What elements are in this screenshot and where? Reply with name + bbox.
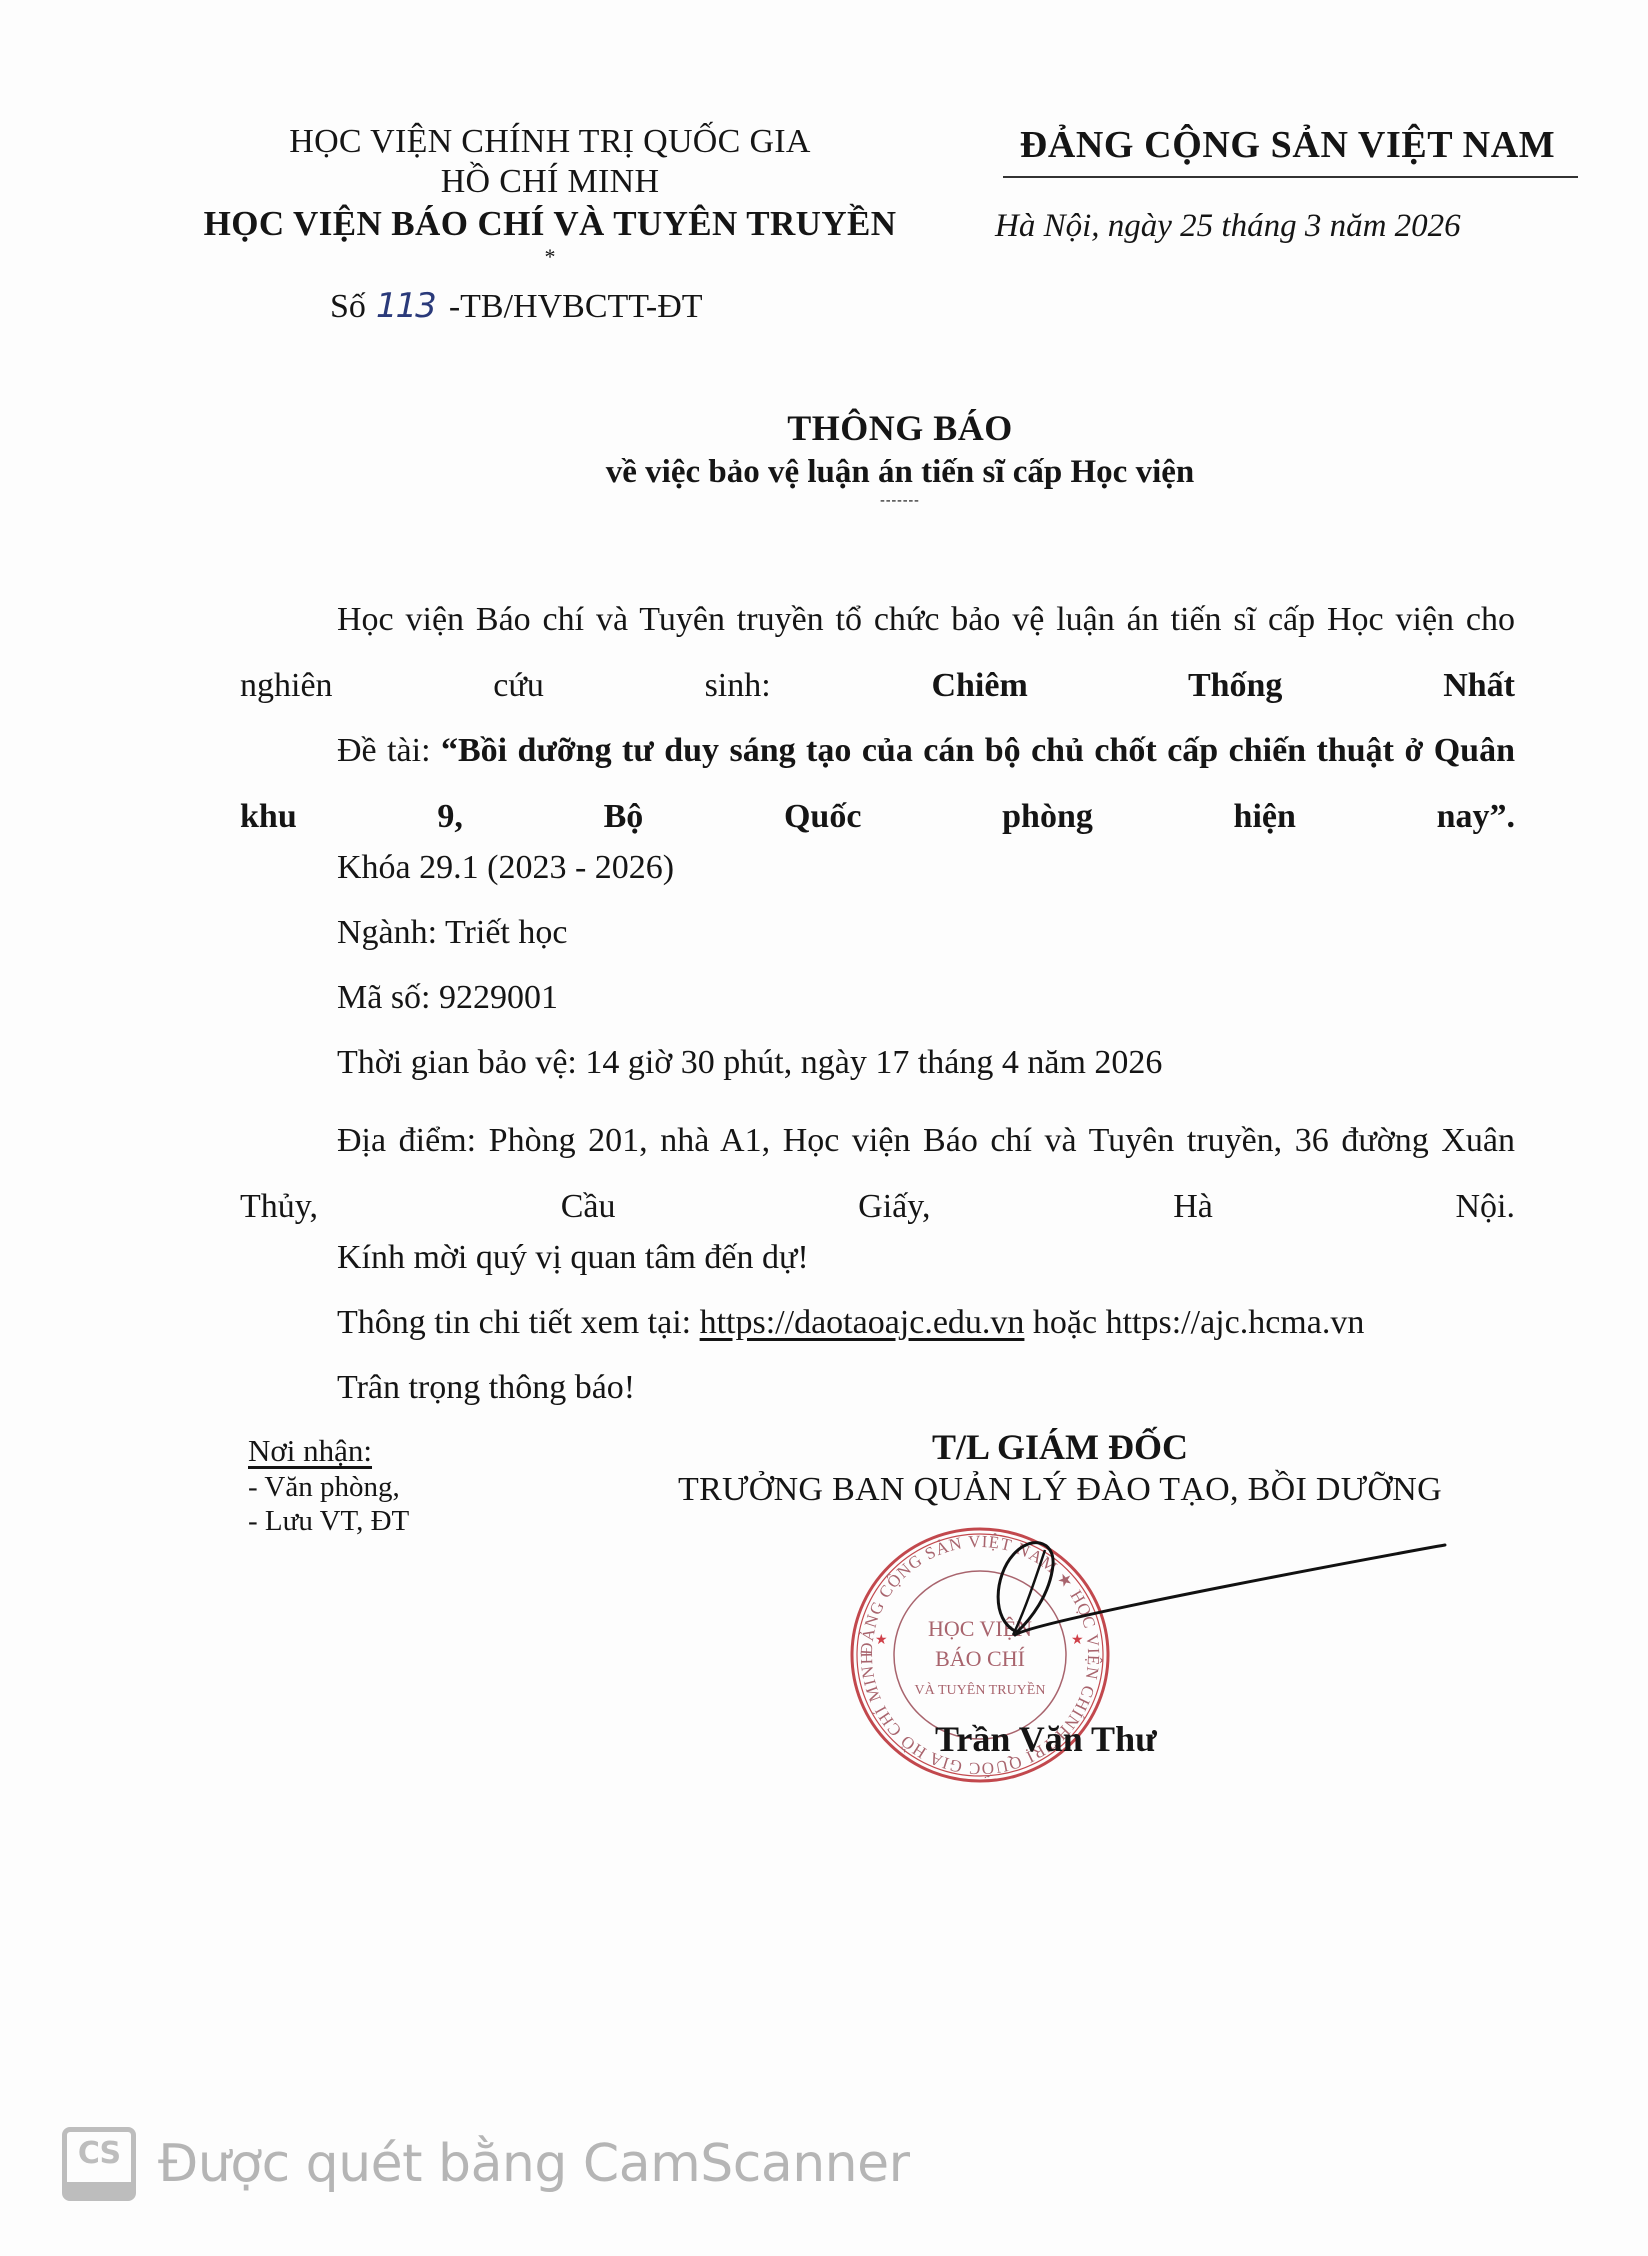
recipients-block: Nơi nhận: - Văn phòng, - Lưu VT, ĐT [248,1432,409,1538]
signer-position: TRƯỞNG BAN QUẢN LÝ ĐÀO TẠO, BỒI DƯỠNG [610,1469,1510,1511]
recipient-item: - Lưu VT, ĐT [248,1504,409,1538]
organization-name: HỌC VIỆN BÁO CHÍ VÀ TUYÊN TRUYỀN [155,202,945,246]
document-title: THÔNG BÁO về việc bảo vệ luận án tiến sĩ… [400,405,1400,509]
party-name: ĐẢNG CỘNG SẢN VIỆT NAM [995,120,1580,170]
student-name: Chiêm Thống Nhất [931,667,1515,704]
link-daotaoajc[interactable]: https://daotaoajc.edu.vn [700,1304,1025,1341]
closing-line: Trân trọng thông báo! [337,1368,635,1408]
issuing-organization: HỌC VIỆN CHÍNH TRỊ QUỐC GIA HỒ CHÍ MINH … [155,122,945,266]
document-number: Số113-TB/HVBCTT-ĐT [330,286,703,326]
title-subtitle: về việc bảo vệ luận án tiến sĩ cấp Học v… [400,451,1400,493]
invitation-line: Kính mời quý vị quan tâm đến dự! [337,1238,809,1278]
location-paragraph: Địa điểm: Phòng 201, nhà A1, Học viện Bá… [240,1108,1515,1240]
camscanner-watermark: CS Được quét bằng CamScanner [62,2124,910,2204]
on-behalf-title: T/L GIÁM ĐỐC [610,1425,1510,1469]
signer-name: Trần Văn Thư [935,1718,1157,1760]
stamp-star-icon: ★ [875,1633,888,1648]
watermark-text: Được quét bằng CamScanner [158,2134,910,2194]
signature-block: T/L GIÁM ĐỐC TRƯỞNG BAN QUẢN LÝ ĐÀO TẠO,… [610,1425,1510,1511]
camscanner-logo-icon: CS [62,2127,136,2201]
title-main: THÔNG BÁO [400,405,1400,451]
topic-label: Đề tài: [337,732,441,769]
star-icon: * [155,248,945,266]
info-prefix: Thông tin chi tiết xem tại: [337,1304,700,1341]
number-prefix: Số [330,288,366,325]
national-header: ĐẢNG CỘNG SẢN VIỆT NAM Hà Nội, ngày 25 t… [995,120,1580,245]
parent-organization-line2: HỒ CHÍ MINH [155,162,945,202]
recipient-item: - Văn phòng, [248,1470,409,1504]
number-suffix: -TB/HVBCTT-ĐT [449,288,703,325]
stamp-inner-line: VÀ TUYÊN TRUYỀN [915,1681,1046,1698]
handwritten-number: 113 [376,286,435,326]
title-separator: ------- [400,493,1400,509]
code-line: Mã số: 9229001 [337,978,558,1018]
handwritten-signature [895,1520,1455,1660]
time-line: Thời gian bảo vệ: 14 giờ 30 phút, ngày 1… [337,1043,1162,1083]
course-line: Khóa 29.1 (2023 - 2026) [337,848,674,888]
info-or: hoặc [1024,1304,1105,1341]
link-ajc-hcma[interactable]: https://ajc.hcma.vn [1106,1304,1365,1341]
major-line: Ngành: Triết học [337,913,567,953]
topic-paragraph: Đề tài: “Bồi dưỡng tư duy sáng tạo của c… [240,718,1515,850]
recipients-heading: Nơi nhận: [248,1432,409,1470]
issue-date: Hà Nội, ngày 25 tháng 3 năm 2026 [995,208,1580,245]
parent-organization-line1: HỌC VIỆN CHÍNH TRỊ QUỐC GIA [155,122,945,162]
intro-paragraph: Học viện Báo chí và Tuyên truyền tổ chức… [240,587,1515,719]
info-line: Thông tin chi tiết xem tại: https://daot… [337,1303,1364,1343]
party-underline [1003,176,1578,178]
